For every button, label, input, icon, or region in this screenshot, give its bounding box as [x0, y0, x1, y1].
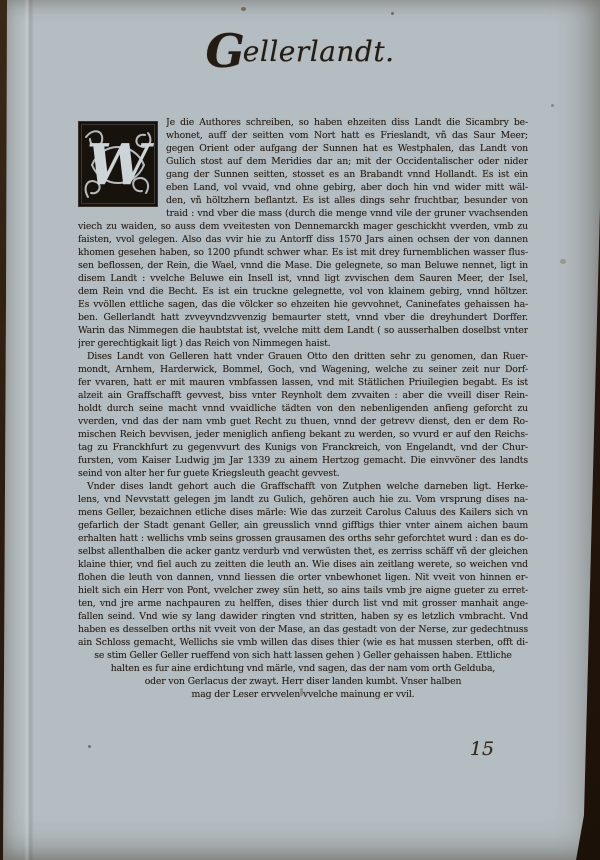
text-line: seind von alter her fur guete Kriegsleut… — [78, 467, 528, 480]
text-line: Dises Landt von Gelleren hatt vnder Grau… — [78, 350, 528, 363]
paper-stain — [551, 104, 554, 107]
text-line: disem Landt : vvelche Beluwe ein Insell … — [78, 272, 528, 285]
title-rest: ellerlandt. — [243, 35, 395, 68]
text-line: eben Land, vol vvaid, vnd ohne gebirg, a… — [166, 181, 528, 194]
text-line: khomen gesehen haben, so 1200 pfundt sch… — [78, 246, 528, 259]
text-line: sen beflossen, der Rein, die Wael, vnnd … — [78, 259, 528, 272]
paper-page: Gellerlandt. W Je die — [0, 0, 600, 860]
drop-cap-letter: W — [87, 132, 155, 198]
text-line: fer vvaren, hatt er mit mauren vmbfassen… — [78, 376, 528, 389]
text-line: haben es desselben orths nit vveit von d… — [78, 623, 528, 636]
title-initial: G — [206, 24, 243, 78]
text-line: Je die Authores schreiben, so haben ehze… — [166, 116, 528, 129]
text-line: selbst allenthalben die acker gantz verd… — [78, 545, 528, 558]
paper-stain — [88, 745, 91, 748]
text-line: Vnder dises landt gehort auch die Graffs… — [78, 480, 528, 493]
text-line: lens, vnd Nevvstatt gelegen jm landt zu … — [78, 493, 528, 506]
text-line: ain Schloss gemacht, Wellichs sie vmb wi… — [78, 636, 528, 649]
text-line: gang der Sunnen seitten, stosset es an B… — [166, 168, 528, 181]
text-line: Gulich stost auf dem Meridies dar an; mi… — [166, 155, 528, 168]
drop-cap-initial: W — [78, 121, 158, 207]
text-line: mondt, Arnhem, Harderwick, Bommel, Goch,… — [78, 363, 528, 376]
text-line: ben. Gellerlandt hatt zvveyvndzvvenzig b… — [78, 311, 528, 324]
text-line: fallen seind. Vnd wie sy lang dawider ri… — [78, 610, 528, 623]
text-line: alzeit ain Graffschafft gevvest, biss vn… — [78, 389, 528, 402]
text-line: oder von Gerlacus der zwayt. Herr diser … — [139, 675, 468, 688]
text-line: mens Geller, bezaichnen etliche dises mä… — [78, 506, 528, 519]
text-line: traid : vnd vber die mass (durch die men… — [166, 207, 528, 220]
text-line: ten, vnd jre arme nachpauren zu helffen,… — [78, 597, 528, 610]
text-line: halten es fur aine erdichtung vnd märle,… — [107, 662, 499, 675]
text-line: flohen die leuth von dannen, vnnd liesse… — [78, 571, 528, 584]
text-line: hielt sich ein Herr von Pont, vvelcher z… — [78, 584, 528, 597]
text-line: vverden, vnd das der nam vmb guet Recht … — [78, 415, 528, 428]
book-photo: Gellerlandt. W Je die — [0, 0, 600, 860]
text-line: se stim Geller Geller rueffend von sich … — [85, 649, 522, 662]
paper-stain — [560, 259, 566, 264]
text-line: den, vñ höltzhern beflantzt. Es ist alle… — [166, 194, 528, 207]
text-line: faisten, vvol gelegen. Also das vvir hie… — [78, 233, 528, 246]
text-line: dem Rein vnd die Becht. Es ist ein truck… — [78, 285, 528, 298]
text-line: holdt durch seine macht vnnd vvaidliche … — [78, 402, 528, 415]
text-line: klaine thier, vnd fiel auch zu zeitten d… — [78, 558, 528, 571]
text-line: viech zu waiden, so auss dem vveitesten … — [78, 220, 528, 233]
text-line: tag zu Franckhfurt zu gegenvvurt des Kun… — [78, 441, 528, 454]
paper-crease — [24, 0, 34, 860]
page-title: Gellerlandt. — [0, 28, 600, 74]
text-line: gegen Orient oder aufgang der Sunnen hat… — [166, 142, 528, 155]
text-line: fursten, vom Kaiser Ludwig jm Jar 1339 z… — [78, 454, 528, 467]
text-line: Es vvöllen ettliche sagen, das die völck… — [78, 298, 528, 311]
paper-stain — [241, 7, 246, 11]
page-number: 15 — [452, 738, 512, 760]
text-line: mag der Leser ervvelen vvelche mainung e… — [184, 688, 423, 701]
text-block: W Je die Authores schreiben, so haben eh… — [78, 116, 528, 701]
text-line: gefarlich der Stadt genant Geller, ain g… — [78, 519, 528, 532]
text-line: jrer gerechtigkait ligt ) das Reich von … — [78, 337, 528, 350]
text-line: mischen Reich bevvisen, jeder meniglich … — [78, 428, 528, 441]
paper-stain — [391, 12, 394, 15]
text-line: Warin das Nimmegen die haubtstat ist, vv… — [78, 324, 528, 337]
text-line: erhalten hatt : wellichs vmb seins gross… — [78, 532, 528, 545]
text-line: whonet, auff der seitten vom Nort hatt e… — [166, 129, 528, 142]
